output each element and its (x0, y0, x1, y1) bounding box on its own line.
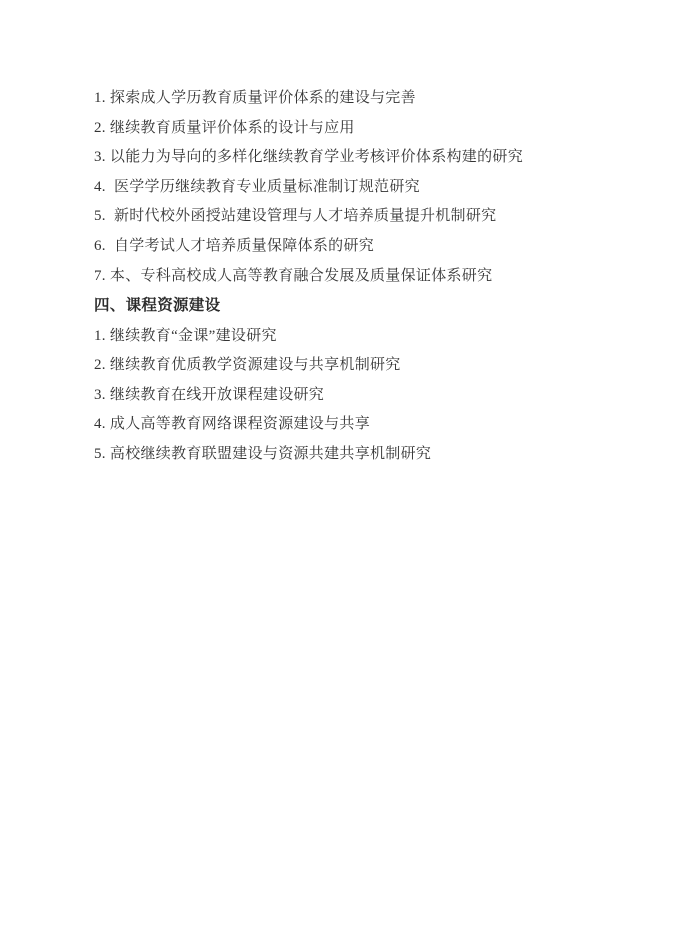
list-item: 3. 以能力为导向的多样化继续教育学业考核评价体系构建的研究 (94, 143, 624, 173)
section-heading: 四、课程资源建设 (94, 291, 624, 322)
document-content: 1. 探索成人学历教育质量评价体系的建设与完善 2. 继续教育质量评价体系的设计… (94, 84, 624, 470)
document-page: 1. 探索成人学历教育质量评价体系的建设与完善 2. 继续教育质量评价体系的设计… (0, 0, 679, 928)
list-item: 1. 探索成人学历教育质量评价体系的建设与完善 (94, 84, 624, 114)
list-item: 4. 成人高等教育网络课程资源建设与共享 (94, 410, 624, 440)
list-item: 4. 医学学历继续教育专业质量标准制订规范研究 (94, 173, 624, 203)
list-item: 5. 高校继续教育联盟建设与资源共建共享机制研究 (94, 440, 624, 470)
list-item: 1. 继续教育“金课”建设研究 (94, 322, 624, 352)
list-item: 2. 继续教育优质教学资源建设与共享机制研究 (94, 351, 624, 381)
list-item: 2. 继续教育质量评价体系的设计与应用 (94, 114, 624, 144)
list-item: 6. 自学考试人才培养质量保障体系的研究 (94, 232, 624, 262)
list-item: 3. 继续教育在线开放课程建设研究 (94, 381, 624, 411)
list-item: 7. 本、专科高校成人高等教育融合发展及质量保证体系研究 (94, 262, 624, 292)
list-item: 5. 新时代校外函授站建设管理与人才培养质量提升机制研究 (94, 202, 624, 232)
